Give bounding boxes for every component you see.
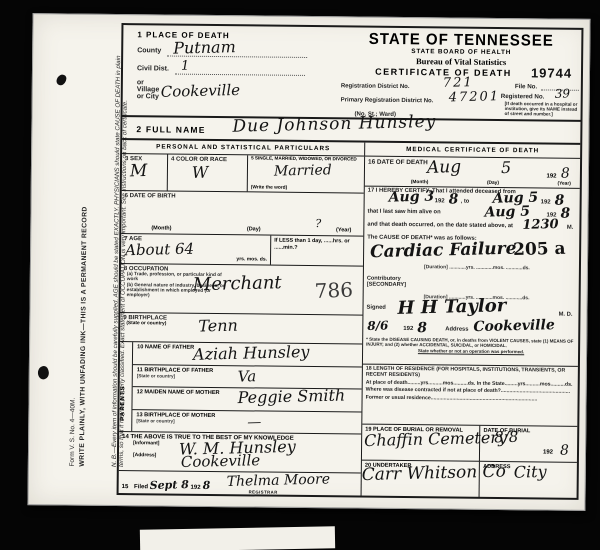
certificate-page: Form V. S. No. 4—40M. WRITE PLAINLY, WIT… [27, 13, 590, 511]
registered-no-value: 39 [555, 87, 571, 99]
cause-footnote: * State the DISEASE CAUSING DEATH, or, i… [363, 336, 578, 349]
operation-footnote: State whether or not an operation was pe… [363, 347, 578, 355]
occupation-row: 8 OCCUPATION (a) Trade, profession, or p… [120, 264, 362, 316]
attended-from-value: Aug 3 [389, 190, 435, 205]
dod-month-value: Aug [427, 159, 462, 177]
sign-address-label: Address [445, 326, 468, 332]
city-value: Cookeville [161, 83, 241, 100]
civil-dist-value: 1 [181, 60, 190, 73]
sex-race-marital-row: 3 SEX M 4 COLOR OR RACE W 5 SINGLE, MARR… [122, 154, 364, 194]
burial-year-value: 8 [560, 444, 569, 458]
county-value: Putnam [173, 39, 236, 57]
dod-day-label: (Day) [487, 181, 499, 186]
medical-column: 16 DATE OF DEATH Aug 5 192 8 (Month) (Da… [362, 157, 581, 499]
father-name-row: 10 NAME OF FATHER Aziah Hunsley [133, 342, 362, 367]
medical-section-header: MEDICAL CERTIFICATE OF DEATH [365, 143, 580, 158]
dob-month-label: (Month) [151, 226, 171, 232]
certificate-number: 19744 [531, 65, 572, 80]
filed-label: Filed [134, 485, 148, 491]
write-the-word-label: (Write the word) [251, 186, 287, 191]
registrar-label: REGISTRAR [249, 489, 278, 494]
hour-value: 1230 [522, 218, 558, 232]
dod-month-label: (Month) [411, 180, 429, 185]
signed-label: Signed [366, 305, 385, 311]
race-value: W [192, 165, 209, 181]
date-of-death-row: 16 DATE OF DEATH Aug 5 192 8 (Month) (Da… [365, 157, 580, 189]
dod-year-label: (Year) [557, 182, 570, 187]
filed-year-value: 8 [202, 480, 210, 491]
from-year-prefix: 192 [435, 198, 445, 204]
registered-no-label: Registered No. [501, 93, 545, 100]
form-header: 1 PLACE OF DEATH County Putnam Civil Dis… [123, 25, 582, 122]
scan-background: Form V. S. No. 4—40M. WRITE PLAINLY, WIT… [0, 0, 600, 550]
cause-value: Cardiac Failure [370, 241, 517, 262]
to-word: , to [461, 199, 470, 205]
birthplace-row: 9 BIRTHPLACE (State or country) Tenn [120, 313, 362, 345]
cause-code-value: 205 a [513, 241, 566, 259]
father-value: Aziah Hunsley [193, 344, 310, 363]
undertaker-cell: 20 UNDERTAKER Carr Whitson Co [362, 461, 481, 498]
occupation-value: Merchant [193, 274, 282, 294]
dod-year-prefix: 192 [546, 173, 556, 179]
dob-mark: ? [315, 218, 321, 229]
filed-year-prefix: 192 [191, 485, 201, 491]
age-row: 7 AGE About 64 yrs. mos. ds. If LESS tha… [121, 234, 363, 266]
physician-signature: H H Taylor [397, 297, 506, 318]
civil-dist-line [175, 74, 305, 76]
secondary-label: [SECONDARY] [364, 282, 579, 290]
sex-value: M [130, 163, 148, 180]
registration-district-value: 721 [443, 76, 474, 90]
birthplace-value: Tenn [198, 317, 238, 334]
dod-day-value: 5 [501, 160, 512, 176]
mother-name-row: 12 MAIDEN NAME OF MOTHER Peggie Smith [132, 387, 361, 412]
margin-write-plainly: WRITE PLAINLY, WITH UNFADING INK—THIS IS… [79, 37, 91, 467]
certificate-form: 1 PLACE OF DEATH County Putnam Civil Dis… [117, 23, 584, 500]
full-name-row: 2 FULL NAME Due Johnson Hunsley [122, 117, 580, 145]
primary-registration-value: 47201 [449, 90, 501, 104]
age-units-label: yrs. mos. ds. [236, 256, 267, 262]
last-saw-line: that I last saw him alive on [367, 209, 440, 216]
sign-year-value: 8 [417, 321, 427, 335]
informant-row: 14 THE ABOVE IS TRUE TO THE BEST OF MY K… [119, 432, 361, 474]
burial-date-value: 8/8 [494, 430, 518, 446]
full-name-value: Due Johnson Hunsley [232, 114, 436, 136]
personal-column: 3 SEX M 4 COLOR OR RACE W 5 SINGLE, MARR… [119, 154, 366, 497]
to-year-prefix: 192 [541, 199, 551, 205]
village-city-label: or Village or City [137, 79, 161, 100]
from-year-value: 8 [448, 192, 458, 206]
age-value: About 64 [125, 242, 194, 259]
burial-place-cell: 19 PLACE OF BURIAL OR REMOVAL Chaffin Ce… [362, 425, 481, 462]
registrar-signature: Thelma Moore [227, 473, 331, 490]
personal-section-header: PERSONAL AND STATISTICAL PARTICULARS [122, 140, 365, 156]
ink-blot-icon [36, 365, 50, 380]
undertaker-signature: Carr Whitson Co [362, 464, 506, 485]
sign-address-value: Cookeville [473, 318, 555, 334]
primary-registration-label: Primary Registration District No. [341, 97, 434, 104]
full-name-label: 2 FULL NAME [136, 124, 205, 135]
father-bp-value: Va [238, 369, 257, 384]
hospital-note: [If death occurred in a hospital or inst… [505, 101, 581, 117]
dob-day-label: (Day) [247, 227, 261, 233]
age-less-than-label: If LESS than 1 day, ......hrs. or ......… [271, 236, 363, 265]
filed-date-value: Sept 8 [150, 480, 189, 492]
parents-label: PARENTS [120, 386, 126, 421]
occurred-line: and that death occurred, on the date sta… [367, 222, 513, 230]
mother-label: 12 MAIDEN NAME OF MOTHER [133, 387, 228, 396]
undertaker-address-value: City [514, 464, 547, 481]
burial-undertaker-section: 19 PLACE OF BURIAL OR REMOVAL Chaffin Ce… [362, 425, 578, 499]
county-label: County [137, 47, 161, 54]
registration-district-label: Registration District No. [341, 83, 410, 90]
burial-date-cell: DATE OF BURIAL 8/8 192 8 [480, 426, 577, 463]
marital-label: 5 SINGLE, MARRIED, WIDOWED, OR DIVORCED [248, 155, 364, 161]
mother-value: Peggie Smith [237, 388, 345, 407]
filed-no-label: 15 [122, 485, 129, 491]
burial-year-prefix: 192 [543, 449, 553, 455]
filed-row: 15 Filed Sept 8 192 8 Thelma Moore REGIS… [119, 471, 361, 496]
ink-blot-icon [55, 73, 67, 86]
residence-label: 18 LENGTH OF RESIDENCE (FOR HOSPITALS, I… [363, 365, 578, 381]
mother-bp-value: — [247, 415, 261, 429]
m-label: M. [567, 225, 574, 231]
dob-year-label: (Year) [336, 228, 351, 234]
date-of-birth-row: 6 DATE OF BIRTH (Month) (Day) (Year) ? [121, 191, 363, 237]
last-saw-year-value: 8 [560, 207, 570, 221]
sign-date-value: 8/6 [367, 319, 388, 332]
occupation-code: 786 [314, 279, 353, 301]
civil-dist-label: Civil Dist. [137, 65, 169, 72]
certification-row: 17 I HEREBY CERTIFY, That I attended dec… [363, 187, 580, 367]
parents-section: PARENTS 10 NAME OF FATHER Aziah Hunsley … [119, 342, 362, 435]
mother-birthplace-row: 13 BIRTHPLACE OF MOTHER [State or countr… [132, 410, 361, 434]
md-label: M. D. [559, 312, 573, 318]
file-no-label: File No. [515, 83, 537, 90]
dod-year-value: 8 [561, 167, 570, 181]
residence-row: 18 LENGTH OF RESIDENCE (FOR HOSPITALS, I… [362, 365, 578, 427]
dob-label: 6 DATE OF BIRTH [122, 191, 364, 202]
sign-year-prefix: 192 [403, 326, 413, 332]
next-page-edge [140, 526, 335, 550]
informant-address-value: Cookeville [181, 453, 261, 470]
marital-value: Married [274, 163, 332, 178]
